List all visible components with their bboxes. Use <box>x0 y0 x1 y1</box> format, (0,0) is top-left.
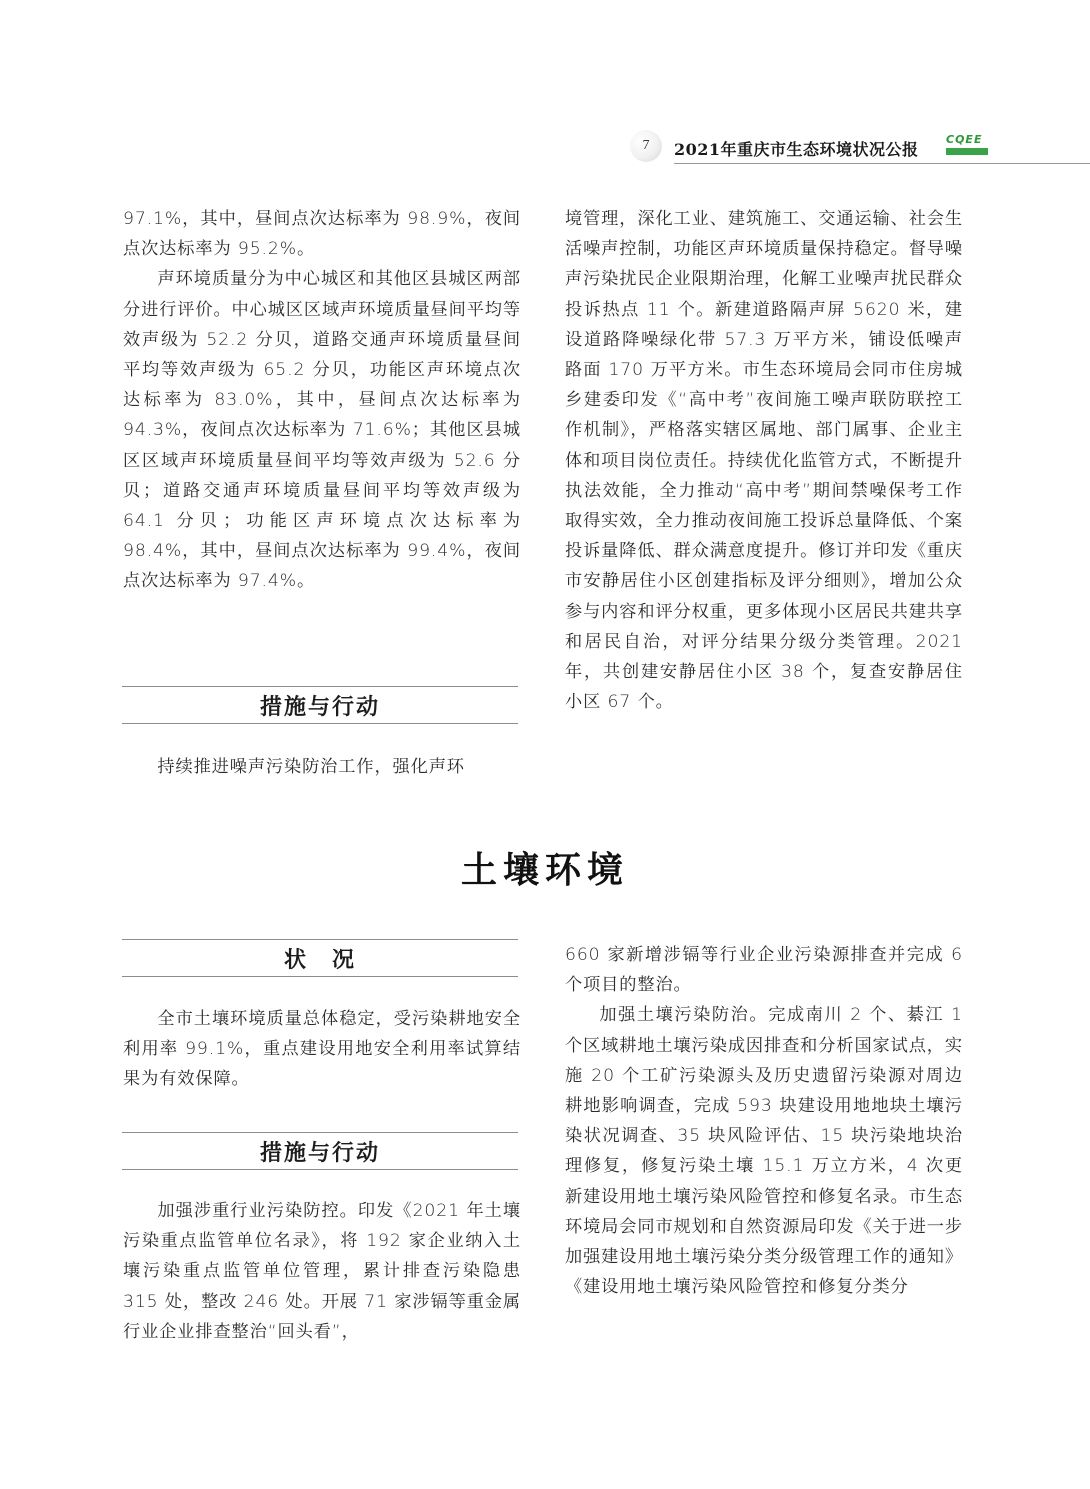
noise-measures-paragraph-continued: 境管理，深化工业、建筑施工、交通运输、社会生活噪声控制，功能区声环境质量保持稳定… <box>565 204 963 717</box>
logo-bar <box>946 148 988 155</box>
noise-paragraph-evaluation: 声环境质量分为中心城区和其他区县城区两部分进行评价。中心城区区域声环境质量昼间平… <box>123 264 521 596</box>
soil-measures-paragraph-continued: 660 家新增涉镉等行业企业污染源排查并完成 6 个项目的整治。 <box>565 940 963 1000</box>
header-divider <box>674 163 1090 164</box>
soil-status-column: 全市土壤环境质量总体稳定，受污染耕地安全利用率 99.1%，重点建设用地安全利用… <box>123 1004 521 1095</box>
soil-measures-paragraph-prevention: 加强土壤污染防治。完成南川 2 个、綦江 1 个区域耕地土壤污染成因排查和分析国… <box>565 1000 963 1302</box>
cqee-logo-icon: CQEE <box>946 134 988 158</box>
section-heading-text: 措施与行动 <box>260 1136 380 1167</box>
noise-measures-paragraph-start: 持续推进噪声污染防治工作，强化声环 <box>123 752 521 782</box>
section-heading-text: 状 况 <box>284 943 356 974</box>
logo-text: CQEE <box>946 134 988 146</box>
page-number: 7 <box>643 138 650 154</box>
chapter-title-soil: 土壤环境 <box>400 842 690 893</box>
page-header: 7 2021年重庆市生态环境状况公报 CQEE <box>628 130 1090 164</box>
section-heading-noise-measures: 措施与行动 <box>122 686 518 724</box>
noise-left-column: 97.1%，其中，昼间点次达标率为 98.9%，夜间点次达标率为 95.2%。 … <box>123 204 521 597</box>
soil-right-column: 660 家新增涉镉等行业企业污染源排查并完成 6 个项目的整治。 加强土壤污染防… <box>565 940 963 1302</box>
section-heading-soil-measures: 措施与行动 <box>122 1132 518 1170</box>
page-number-badge: 7 <box>630 130 662 162</box>
soil-measures-paragraph-heavy-metal: 加强涉重行业污染防控。印发《2021 年土壤污染重点监管单位名录》，将 192 … <box>123 1196 521 1347</box>
section-heading-soil-status: 状 况 <box>122 939 518 977</box>
soil-measures-left: 加强涉重行业污染防控。印发《2021 年土壤污染重点监管单位名录》，将 192 … <box>123 1196 521 1347</box>
report-title: 2021年重庆市生态环境状况公报 <box>674 137 919 160</box>
noise-right-column: 境管理，深化工业、建筑施工、交通运输、社会生活噪声控制，功能区声环境质量保持稳定… <box>565 204 963 717</box>
soil-status-paragraph: 全市土壤环境质量总体稳定，受污染耕地安全利用率 99.1%，重点建设用地安全利用… <box>123 1004 521 1095</box>
section-heading-text: 措施与行动 <box>260 690 380 721</box>
noise-measures-left: 持续推进噪声污染防治工作，强化声环 <box>123 752 521 782</box>
noise-paragraph-continued: 97.1%，其中，昼间点次达标率为 98.9%，夜间点次达标率为 95.2%。 <box>123 204 521 264</box>
